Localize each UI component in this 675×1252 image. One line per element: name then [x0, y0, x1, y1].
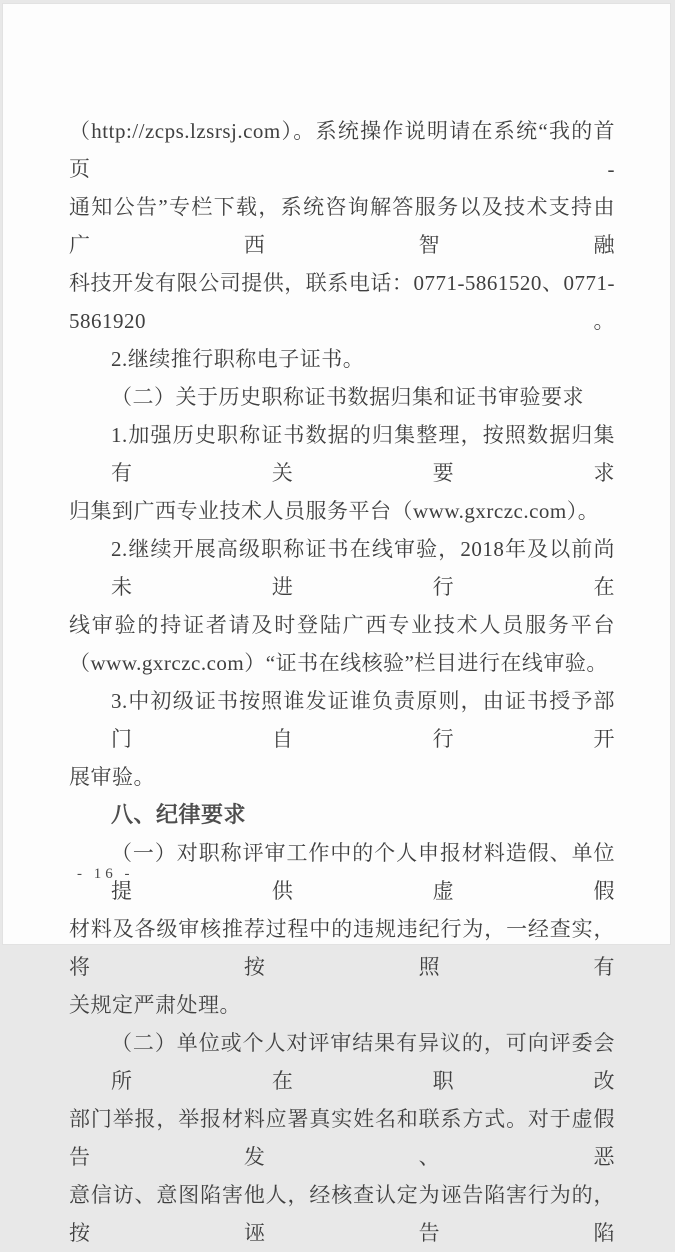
section-subheading: （二）关于历史职称证书数据归集和证书审验要求	[69, 378, 615, 416]
text-line: 通知公告”专栏下载，系统咨询解答服务以及技术支持由广西智融	[69, 188, 615, 264]
text-line: （www.gxrczc.com）“证书在线核验”栏目进行在线审验。	[69, 644, 615, 682]
text-line: （http://zcps.lzsrsj.com）。系统操作说明请在系统“我的首页…	[69, 112, 615, 188]
text-line: 线审验的持证者请及时登陆广西专业技术人员服务平台	[69, 606, 615, 644]
page-number: - 16 -	[77, 866, 134, 883]
text-line: 材料及各级审核推荐过程中的违规违纪行为，一经查实，将按照有	[69, 910, 615, 951]
document-page: （http://zcps.lzsrsj.com）。系统操作说明请在系统“我的首页…	[2, 3, 671, 945]
text-line: 归集到广西专业技术人员服务平台（www.gxrczc.com）。	[69, 492, 615, 530]
document-body: （http://zcps.lzsrsj.com）。系统操作说明请在系统“我的首页…	[69, 112, 615, 951]
text-line: 1.加强历史职称证书数据的归集整理，按照数据归集有关要求	[69, 416, 615, 492]
text-line: （一）对职称评审工作中的个人申报材料造假、单位提供虚假	[69, 834, 615, 910]
text-line: 科技开发有限公司提供，联系电话：0771-5861520、0771-586192…	[69, 264, 615, 340]
text-line: 2.继续开展高级职称证书在线审验，2018年及以前尚未进行在	[69, 530, 615, 606]
text-line: 2.继续推行职称电子证书。	[69, 340, 615, 378]
text-line: 3.中初级证书按照谁发证谁负责原则，由证书授予部门自行开	[69, 682, 615, 758]
section-heading: 八、纪律要求	[69, 796, 615, 834]
text-line: 展审验。	[69, 758, 615, 796]
